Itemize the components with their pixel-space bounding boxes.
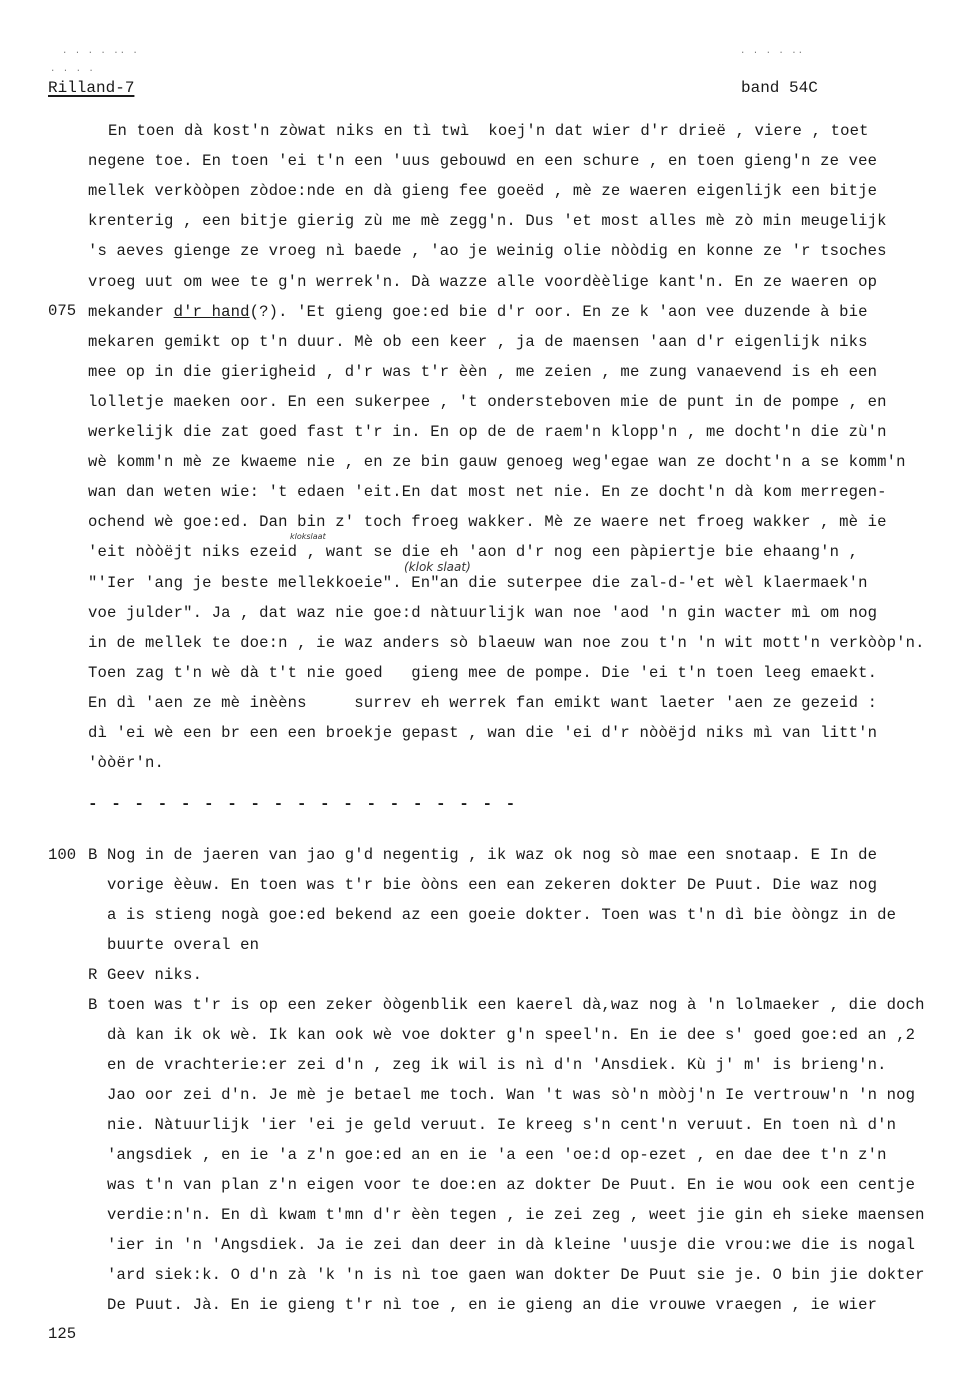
dialogue-line: en de vrachterie:er zei d'n , zeg ik wil… <box>107 1055 887 1075</box>
transcript-line: Toen zag t'n wè dà t't nie goed gieng me… <box>88 663 877 683</box>
transcript-line: wè komm'n mè ze kwaeme nie , en ze bin g… <box>88 452 906 472</box>
dialogue-line: 'angsdiek , en ie 'a z'n goe:ed an en ie… <box>107 1145 887 1165</box>
transcript-line: En dì 'aen ze mè inèèns surrev eh werrek… <box>88 693 877 713</box>
line-number-125: 125 <box>48 1324 76 1344</box>
dialogue-line: nie. Nàtuurlijk 'ier 'ei je geld veruut.… <box>107 1115 896 1135</box>
dialogue-line: toen was t'r is op een zeker òògenblik e… <box>107 995 925 1015</box>
dialogue-line: 'ier in 'n 'Angsdiek. Ja ie zei dan deer… <box>107 1235 915 1255</box>
scan-specks: · · · · ·· · <box>62 48 139 58</box>
document-title: Rilland-7 <box>48 79 134 97</box>
transcript-line: wan dan weten wie: 't edaen 'eit.En dat … <box>88 482 887 502</box>
line-number-075: 075 <box>48 301 76 321</box>
speaker-label: B <box>88 845 97 865</box>
dialogue-line: Nog in de jaeren van jao g'd negentig , … <box>107 845 877 865</box>
transcript-line: 's aeves gienge ze vroeg nì baede , 'ao … <box>88 241 887 261</box>
transcript-line: in de mellek te doe:n , ie waz anders sò… <box>88 633 925 653</box>
line-number-100: 100 <box>48 845 76 865</box>
scan-specks: · · · · ·· <box>740 48 804 58</box>
transcript-line: mekaren gemikt op t'n duur. Mè ob een ke… <box>88 332 868 352</box>
dialogue-line: Jao oor zei d'n. Je mè je betael me toch… <box>107 1085 915 1105</box>
dialogue-line: dà kan ik ok wè. Ik kan ook wè voe dokte… <box>107 1025 915 1045</box>
handwritten-note: (klok slaat) <box>404 560 471 574</box>
transcript-line: mellek verkòòpen zòdoe:nde en dà gieng f… <box>88 181 877 201</box>
transcript-line: vroeg uut om wee te g'n werrek'n. Dà waz… <box>88 272 877 292</box>
transcript-line: mekander d'r hand(?). 'Et gieng goe:ed b… <box>88 302 868 322</box>
dialogue-line: Geev niks. <box>107 965 202 985</box>
dialogue-line: 'ard siek:k. O d'n zà 'k 'n is nì toe ga… <box>107 1265 925 1285</box>
transcript-line: En toen dà kost'n zòwat niks en tì twì k… <box>108 121 869 141</box>
transcript-line: dì 'ei wè een br een een broekje gepast … <box>88 723 877 743</box>
handwritten-note: klokslaat <box>290 532 326 541</box>
transcript-line: werkelijk die zat goed fast t'r in. En o… <box>88 422 887 442</box>
transcript-line: 'eit nòòëjt niks ezeid , want se die eh … <box>88 542 858 562</box>
transcript-page: · · · · ·· · · · · · ·· · · · · Rilland-… <box>0 0 966 1394</box>
dialogue-line: buurte overal en <box>107 935 259 955</box>
transcript-line: "'Ier 'ang je beste mellekkoeie". En"an … <box>88 573 868 593</box>
dialogue-line: De Puut. Jà. En ie gieng t'r nì toe , en… <box>107 1295 877 1315</box>
dialogue-line: a is stieng nogà goe:ed bekend az een go… <box>107 905 896 925</box>
dialogue-line: verdie:n'n. En dì kwam t'mn d'r èèn tege… <box>107 1205 925 1225</box>
transcript-line: 'òòër'n. <box>88 753 164 773</box>
transcript-line: negene toe. En toen 'ei t'n een 'uus geb… <box>88 151 877 171</box>
scan-specks: · · · · <box>50 66 95 76</box>
speaker-label: R <box>88 965 97 985</box>
transcript-line: ochend wè goe:ed. Dan bin z' toch froeg … <box>88 512 887 532</box>
section-divider: - - - - - - - - - - - - - - - - - - - <box>88 795 517 813</box>
speaker-label: B <box>88 995 97 1015</box>
transcript-line: mee op in die gierigheid , d'r was t'r è… <box>88 362 877 382</box>
transcript-line: krenterig , een bitje gierig zù me mè ze… <box>88 211 887 231</box>
tape-label: band 54C <box>741 79 818 97</box>
dialogue-line: vorige èèuw. En toen was t'r bie òòns ee… <box>107 875 877 895</box>
transcript-line: lolletje maeken oor. En een sukerpee , '… <box>88 392 887 412</box>
underlined-text: d'r hand <box>174 303 250 321</box>
transcript-line: voe julder". Ja , dat waz nie goe:d nàtu… <box>88 603 877 623</box>
dialogue-line: was t'n van plan z'n eigen voor te doe:e… <box>107 1175 915 1195</box>
